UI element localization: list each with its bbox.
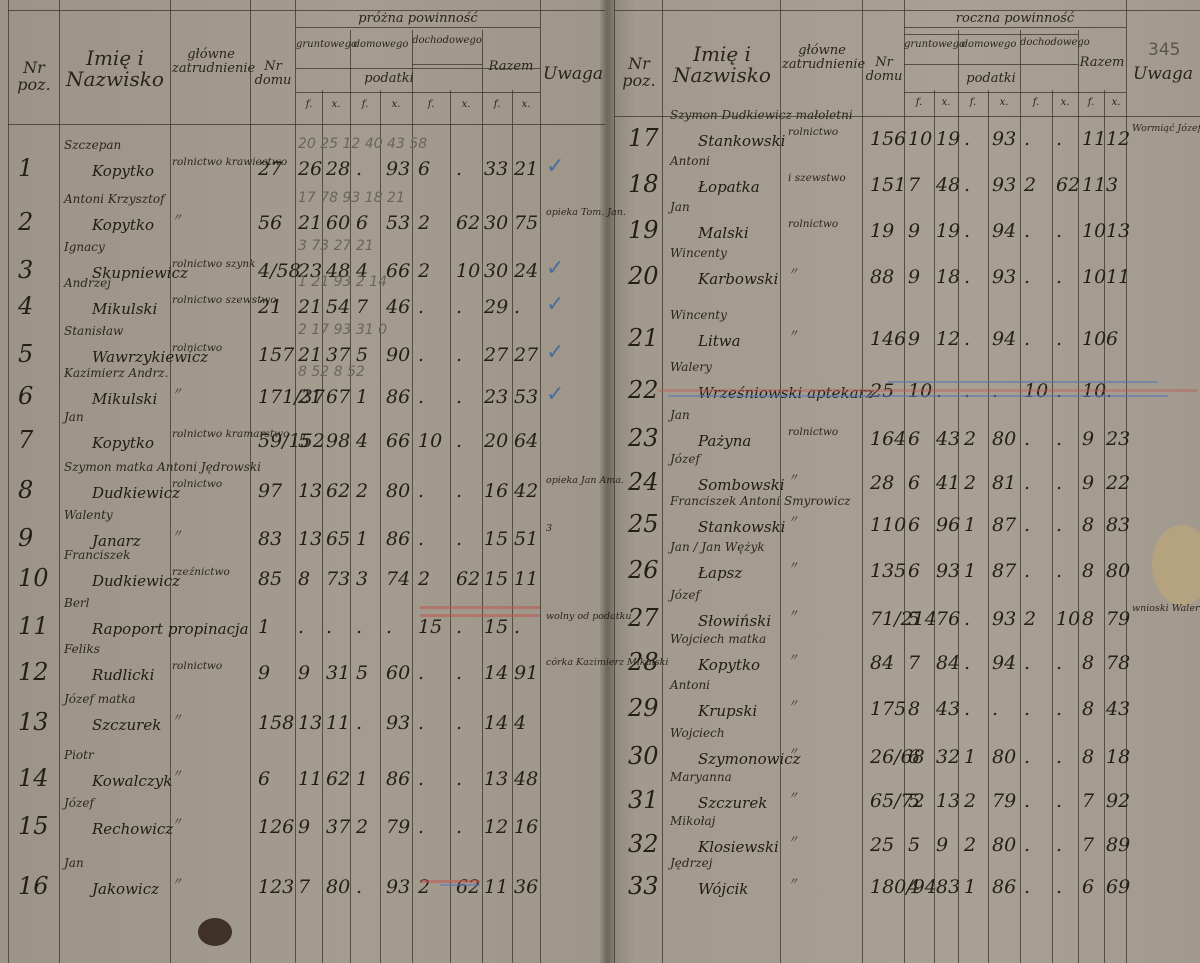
- total-f: 30: [484, 260, 508, 282]
- income-tax-f: 2: [1024, 174, 1036, 196]
- land-tax-f: 6: [908, 560, 920, 582]
- row-number: 18: [628, 170, 659, 198]
- total-x: 24: [514, 260, 538, 282]
- occupation: 〃: [788, 696, 799, 711]
- income-tax-f: .: [1024, 514, 1030, 536]
- occupation: rolnictwo: [172, 478, 222, 490]
- occupation: rolnictwo: [788, 218, 838, 230]
- row-number: 28: [628, 648, 659, 676]
- house-tax-f: 2: [964, 834, 976, 856]
- surname: Stankowski: [698, 132, 785, 150]
- land-tax-x: 98: [326, 430, 350, 452]
- occupation: 〃: [788, 470, 799, 485]
- surname: Karbowski: [698, 270, 778, 288]
- surname: Kopytko: [92, 434, 154, 452]
- land-tax-x: 62: [326, 480, 350, 502]
- checkmark-icon: ✓: [546, 292, 564, 317]
- income-tax-x: .: [1056, 834, 1062, 856]
- red-strike: [420, 614, 540, 617]
- land-tax-x: 93: [936, 560, 960, 582]
- house-tax-f: .: [356, 158, 362, 180]
- income-tax-f: .: [1024, 834, 1030, 856]
- house-number: 151: [870, 174, 906, 196]
- total-x: 69: [1106, 876, 1130, 898]
- row-number: 22: [628, 376, 659, 404]
- row-number: 3: [18, 256, 33, 284]
- income-tax-f: 2: [418, 212, 430, 234]
- right-page: Nr poz. Imię i Nazwisko główne zatrudnie…: [608, 0, 1200, 963]
- total-x: 42: [514, 480, 538, 502]
- header-house: Nr domu: [864, 56, 904, 83]
- total-f: 15: [484, 568, 508, 590]
- land-tax-f: 9: [908, 328, 920, 350]
- total-x: 21: [514, 158, 538, 180]
- house-tax-x: 46: [386, 296, 410, 318]
- house-tax-f: .: [356, 712, 362, 734]
- remark: Wormiąć Józefa gm.: [1132, 124, 1200, 134]
- income-tax-f: .: [1024, 698, 1030, 720]
- land-tax-x: 62: [326, 768, 350, 790]
- total-x: 83: [1106, 514, 1130, 536]
- house-number: 1: [258, 616, 270, 638]
- pencil-correction: 1 21 93 2 14: [298, 274, 387, 290]
- header-occupation: główne zatrudnienie: [172, 48, 250, 75]
- occupation: 〃: [172, 874, 183, 889]
- header-total: Razem: [1078, 56, 1126, 70]
- unit-x: x.: [1106, 98, 1126, 109]
- house-tax-f: 2: [964, 790, 976, 812]
- income-tax-x: .: [1056, 472, 1062, 494]
- land-tax-f: 21: [298, 344, 322, 366]
- given-name: Jan: [670, 408, 690, 422]
- surname: Klosiewski: [698, 838, 779, 856]
- house-number: 21: [258, 296, 282, 318]
- income-tax-x: .: [1056, 514, 1062, 536]
- land-tax-f: 7: [908, 652, 920, 674]
- occupation: 〃: [788, 264, 799, 279]
- surname: Kopytko: [92, 216, 154, 234]
- income-tax-x: .: [1056, 428, 1062, 450]
- header-lp: Nr poz.: [10, 60, 58, 94]
- occupation: 〃: [788, 606, 799, 621]
- land-tax-f: 10: [908, 128, 932, 150]
- house-tax-f: 1: [964, 560, 976, 582]
- row-number: 20: [628, 262, 659, 290]
- unit-x: x.: [324, 100, 348, 111]
- header-income: dochodowego: [412, 36, 482, 47]
- surname: Rechowicz: [92, 820, 173, 838]
- given-name: Józef: [670, 588, 700, 602]
- total-f: 15: [484, 528, 508, 550]
- house-tax-x: 86: [386, 386, 410, 408]
- total-x: 16: [514, 816, 538, 838]
- surname: Kopytko: [698, 656, 760, 674]
- house-tax-f: 3: [356, 568, 368, 590]
- header-taxes: podatki: [296, 72, 482, 86]
- total-f: 8: [1082, 698, 1094, 720]
- land-tax-f: 5: [908, 790, 920, 812]
- unit-x: x.: [514, 100, 538, 111]
- surname: Słowiński: [698, 612, 771, 630]
- row-number: 13: [18, 708, 49, 736]
- land-tax-f: 8: [908, 698, 920, 720]
- row-number: 6: [18, 382, 33, 410]
- given-name: Antoni: [670, 154, 710, 168]
- occupation: 〃: [172, 384, 183, 399]
- total-f: 8: [1082, 746, 1094, 768]
- income-tax-x: 62: [456, 568, 480, 590]
- house-tax-f: 1: [356, 386, 368, 408]
- total-x: 22: [1106, 472, 1130, 494]
- total-x: 36: [514, 876, 538, 898]
- row-number: 26: [628, 556, 659, 584]
- surname: Łopatka: [698, 178, 760, 196]
- occupation: 〃: [788, 650, 799, 665]
- occupation: rolnictwo: [788, 126, 838, 138]
- row-number: 7: [18, 426, 33, 454]
- surname: Dudkiewicz: [92, 572, 180, 590]
- income-tax-x: .: [1056, 790, 1062, 812]
- land-tax-x: 67: [326, 386, 350, 408]
- given-name: Jan: [670, 200, 690, 214]
- house-tax-x: 79: [992, 790, 1016, 812]
- checkmark-icon: ✓: [546, 340, 564, 365]
- income-tax-x: .: [456, 768, 462, 790]
- house-number: 4/58: [258, 260, 301, 282]
- land-tax-f: 13: [298, 712, 322, 734]
- total-f: 7: [1082, 834, 1094, 856]
- total-x: 3: [1106, 174, 1118, 196]
- total-f: 11: [484, 876, 508, 898]
- total-x: 64: [514, 430, 538, 452]
- land-tax-f: 9: [908, 266, 920, 288]
- total-x: 51: [514, 528, 538, 550]
- red-strike: [420, 606, 540, 609]
- unit-f: f.: [484, 100, 510, 111]
- income-tax-f: 2: [418, 568, 430, 590]
- header-land: gruntowego: [904, 40, 958, 51]
- income-tax-x: .: [456, 712, 462, 734]
- house-number: 158: [258, 712, 294, 734]
- land-tax-f: 9: [298, 662, 310, 684]
- land-tax-x: 11: [326, 712, 350, 734]
- land-tax-x: 12: [936, 328, 960, 350]
- row-number: 23: [628, 424, 659, 452]
- total-x: 12: [1106, 128, 1130, 150]
- income-tax-x: .: [456, 158, 462, 180]
- income-tax-f: .: [418, 344, 424, 366]
- occupation: 〃: [788, 512, 799, 527]
- occupation: 〃: [172, 710, 183, 725]
- house-number: 156: [870, 128, 906, 150]
- house-tax-f: .: [356, 876, 362, 898]
- surname: Szymonowicz: [698, 750, 801, 768]
- house-tax-f: 2: [964, 428, 976, 450]
- total-x: 13: [1106, 220, 1130, 242]
- unit-f: f.: [298, 100, 320, 111]
- house-tax-x: 80: [992, 428, 1016, 450]
- house-tax-f: .: [356, 616, 362, 638]
- house-tax-f: 2: [356, 480, 368, 502]
- total-f: 10: [1082, 328, 1106, 350]
- total-x: 6: [1106, 328, 1118, 350]
- unit-f: f.: [1080, 98, 1102, 109]
- land-tax-f: 13: [298, 480, 322, 502]
- land-tax-x: 43: [936, 428, 960, 450]
- given-name: Maryanna: [670, 770, 732, 784]
- header-house-tax: domowego: [350, 40, 412, 51]
- house-tax-f: .: [964, 328, 970, 350]
- total-f: 13: [484, 768, 508, 790]
- total-x: .: [514, 296, 520, 318]
- income-tax-f: .: [1024, 876, 1030, 898]
- house-tax-x: 93: [386, 712, 410, 734]
- given-name: Stanisław: [64, 324, 123, 338]
- income-tax-x: .: [1056, 560, 1062, 582]
- red-strike: [658, 389, 1198, 392]
- total-f: 12: [484, 816, 508, 838]
- land-tax-x: 84: [936, 652, 960, 674]
- house-tax-f: 2: [964, 472, 976, 494]
- house-tax-x: 66: [386, 260, 410, 282]
- remark: 3: [546, 524, 552, 534]
- blue-strike: [888, 381, 1158, 383]
- land-tax-f: 7: [908, 174, 920, 196]
- income-tax-f: .: [418, 386, 424, 408]
- pencil-correction: 3 73 27 21: [298, 238, 374, 254]
- house-tax-f: .: [964, 220, 970, 242]
- total-f: 6: [1082, 876, 1094, 898]
- checkmark-icon: ✓: [546, 382, 564, 407]
- house-number: 83: [258, 528, 282, 550]
- given-name: Szczepan: [64, 138, 121, 152]
- total-f: 14: [484, 712, 508, 734]
- surname: Sombowski: [698, 476, 785, 494]
- house-tax-x: 94: [992, 652, 1016, 674]
- given-name: Antoni: [670, 678, 710, 692]
- row-number: 30: [628, 742, 659, 770]
- row-number: 15: [18, 812, 49, 840]
- income-tax-x: .: [456, 616, 462, 638]
- house-number: 19: [870, 220, 894, 242]
- header-lp: Nr poz.: [616, 56, 662, 90]
- house-tax-f: .: [964, 698, 970, 720]
- given-name: Franciszek: [64, 548, 130, 562]
- row-number: 8: [18, 476, 33, 504]
- header-land: gruntowego: [296, 40, 350, 51]
- land-tax-f: 6: [908, 514, 920, 536]
- ledger-spread: Nr poz. Imię i Nazwisko główne zatrudnie…: [0, 0, 1200, 963]
- land-tax-x: 43: [936, 698, 960, 720]
- total-f: 7: [1082, 790, 1094, 812]
- income-tax-f: .: [418, 768, 424, 790]
- income-tax-x: .: [1056, 698, 1062, 720]
- income-tax-f: .: [418, 662, 424, 684]
- row-number: 31: [628, 786, 659, 814]
- row-number: 32: [628, 830, 659, 858]
- total-x: 23: [1106, 428, 1130, 450]
- house-tax-f: 5: [356, 662, 368, 684]
- total-f: 10: [1082, 220, 1106, 242]
- row-number: 5: [18, 340, 33, 368]
- row-number: 29: [628, 694, 659, 722]
- income-tax-f: .: [1024, 220, 1030, 242]
- surname: Wójcik: [698, 880, 748, 898]
- house-tax-f: 7: [356, 296, 368, 318]
- surname: Łapsz: [698, 564, 742, 582]
- income-tax-x: 62: [1056, 174, 1080, 196]
- income-tax-x: 10: [1056, 608, 1080, 630]
- income-tax-f: 10: [418, 430, 442, 452]
- house-number: 180/94: [870, 876, 937, 898]
- land-tax-f: 5: [908, 608, 920, 630]
- house-tax-x: 86: [386, 528, 410, 550]
- house-tax-f: .: [964, 174, 970, 196]
- surname: Jakowicz: [92, 880, 159, 898]
- occupation: 〃: [788, 832, 799, 847]
- house-number: 97: [258, 480, 282, 502]
- occupation: 〃: [788, 788, 799, 803]
- total-f: 30: [484, 212, 508, 234]
- given-name: Jędrzej: [670, 856, 712, 870]
- given-name: Antoni Krzysztof: [64, 192, 165, 206]
- house-tax-x: 86: [386, 768, 410, 790]
- occupation: rolnictwo: [172, 342, 222, 354]
- land-tax-f: 5: [298, 430, 310, 452]
- total-x: .: [514, 616, 520, 638]
- given-name: Wojciech: [670, 726, 725, 740]
- land-tax-f: .: [298, 616, 304, 638]
- given-name: Walery: [670, 360, 712, 374]
- land-tax-x: 76: [936, 608, 960, 630]
- checkmark-icon: ✓: [546, 154, 564, 179]
- land-tax-f: 6: [908, 746, 920, 768]
- row-number: 10: [18, 564, 49, 592]
- land-tax-f: 4: [908, 876, 920, 898]
- income-tax-x: .: [456, 816, 462, 838]
- row-number: 17: [628, 124, 659, 152]
- unit-f: f.: [352, 100, 378, 111]
- land-tax-f: 9: [908, 220, 920, 242]
- total-x: 48: [514, 768, 538, 790]
- house-tax-f: 1: [964, 876, 976, 898]
- house-tax-x: 93: [386, 876, 410, 898]
- occupation: 〃: [172, 210, 183, 225]
- land-tax-x: 65: [326, 528, 350, 550]
- page-number: 345: [1148, 40, 1180, 60]
- header-income: dochodowego: [1020, 38, 1078, 49]
- unit-f: f.: [906, 98, 932, 109]
- total-f: 15: [484, 616, 508, 638]
- land-tax-x: 18: [936, 266, 960, 288]
- total-f: 16: [484, 480, 508, 502]
- house-number: 157: [258, 344, 294, 366]
- given-name: Szymon Dudkiewicz małoletni: [670, 108, 853, 122]
- income-tax-f: .: [1024, 266, 1030, 288]
- occupation: rolnictwo: [788, 426, 838, 438]
- unit-x: x.: [452, 100, 480, 111]
- left-page: Nr poz. Imię i Nazwisko główne zatrudnie…: [0, 0, 605, 963]
- house-tax-x: 53: [386, 212, 410, 234]
- surname: Kopytko: [92, 162, 154, 180]
- income-tax-f: 6: [418, 158, 430, 180]
- income-tax-f: .: [418, 816, 424, 838]
- given-name: Szymon matka Antoni Jędrowski: [64, 460, 261, 474]
- row-number: 33: [628, 872, 659, 900]
- header-group-title: próżna powinność: [296, 12, 540, 26]
- house-tax-x: 94: [992, 220, 1016, 242]
- header-group-title: roczna powinność: [904, 12, 1126, 26]
- income-tax-x: .: [1056, 128, 1062, 150]
- house-tax-f: 1: [356, 528, 368, 550]
- land-tax-x: 41: [936, 472, 960, 494]
- house-tax-x: 87: [992, 514, 1016, 536]
- pencil-correction: 17 78 93 18 21: [298, 190, 405, 206]
- house-number: 85: [258, 568, 282, 590]
- house-number: 59/152: [258, 430, 325, 452]
- row-number: 2: [18, 208, 33, 236]
- income-tax-f: .: [418, 480, 424, 502]
- house-tax-x: 93: [992, 608, 1016, 630]
- house-number: 126: [258, 816, 294, 838]
- remark: wnioski Walerka: [1132, 604, 1200, 614]
- total-x: 89: [1106, 834, 1130, 856]
- house-number: 71/214: [870, 608, 937, 630]
- land-tax-f: 7: [298, 876, 310, 898]
- land-tax-x: 28: [326, 158, 350, 180]
- income-tax-x: .: [1056, 328, 1062, 350]
- given-name: Ignacy: [64, 240, 105, 254]
- land-tax-x: 83: [936, 876, 960, 898]
- unit-x: x.: [990, 98, 1018, 109]
- house-number: 135: [870, 560, 906, 582]
- house-tax-f: 2: [356, 816, 368, 838]
- land-tax-x: 19: [936, 220, 960, 242]
- house-tax-f: .: [964, 652, 970, 674]
- house-tax-x: .: [992, 698, 998, 720]
- land-tax-f: 8: [298, 568, 310, 590]
- income-tax-x: .: [1056, 266, 1062, 288]
- house-number: 175: [870, 698, 906, 720]
- header-name: Imię i Nazwisko: [666, 44, 778, 86]
- unit-x: x.: [1054, 98, 1076, 109]
- income-tax-f: .: [1024, 128, 1030, 150]
- header-house: Nr domu: [252, 60, 294, 87]
- row-number: 14: [18, 764, 49, 792]
- occupation: i szewstwo: [788, 172, 846, 184]
- land-tax-x: 80: [326, 876, 350, 898]
- house-tax-x: 80: [992, 834, 1016, 856]
- income-tax-x: .: [456, 528, 462, 550]
- given-name: Berl: [64, 596, 90, 610]
- income-tax-f: .: [418, 712, 424, 734]
- unit-f: f.: [960, 98, 986, 109]
- header-remarks: Uwaga: [542, 66, 604, 84]
- row-number: 19: [628, 216, 659, 244]
- land-tax-x: 37: [326, 344, 350, 366]
- income-tax-x: .: [456, 480, 462, 502]
- house-number: 164: [870, 428, 906, 450]
- income-tax-x: .: [1056, 220, 1062, 242]
- land-tax-x: 32: [936, 746, 960, 768]
- house-number: 146: [870, 328, 906, 350]
- income-tax-x: .: [1056, 652, 1062, 674]
- occupation: 〃: [172, 526, 183, 541]
- house-tax-x: 93: [386, 158, 410, 180]
- house-tax-f: 6: [356, 212, 368, 234]
- land-tax-x: 48: [936, 174, 960, 196]
- total-x: 53: [514, 386, 538, 408]
